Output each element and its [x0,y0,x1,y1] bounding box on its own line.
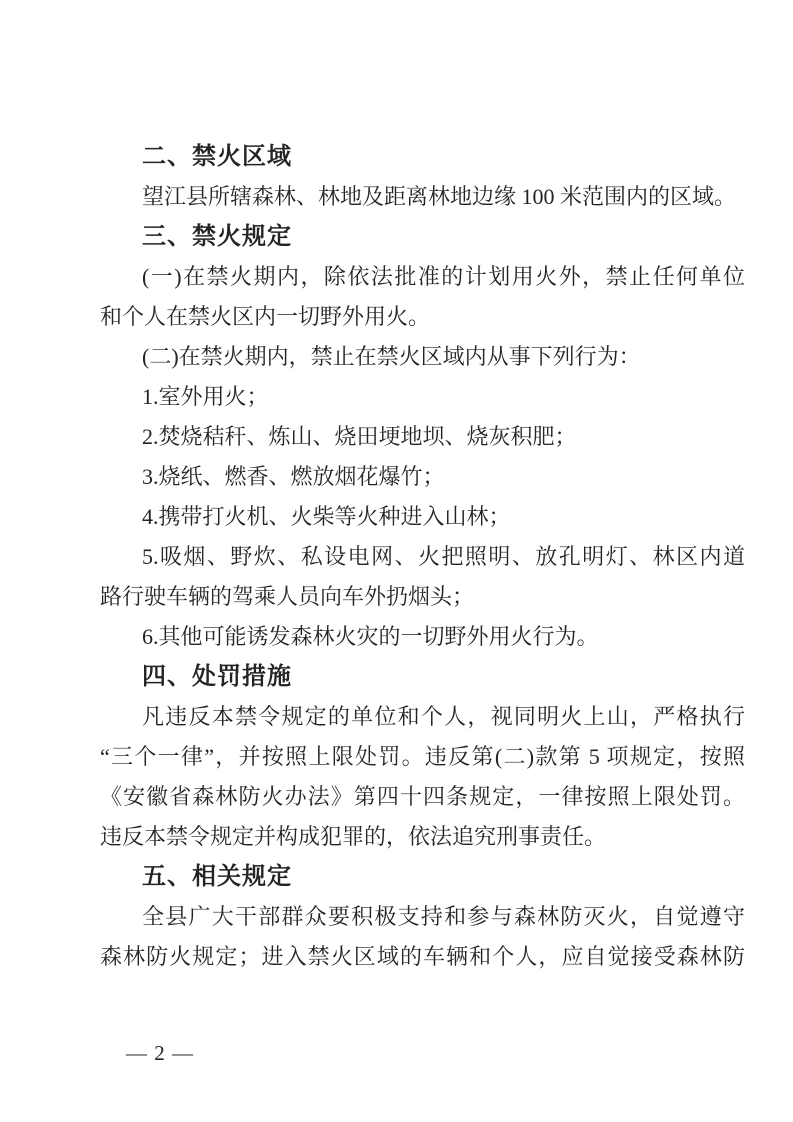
document-content: 二、禁火区域 望江县所辖森林、林地及距离林地边缘 100 米范围内的区域。 三、… [100,137,745,977]
list-item-line: 6.其他可能诱发森林火灾的一切野外用火行为。 [100,617,745,657]
section-heading: 五、相关规定 [100,857,745,897]
paragraph-line: 违反本禁令规定并构成犯罪的，依法追究刑事责任。 [100,817,745,857]
list-item-line: 3.烧纸、燃香、燃放烟花爆竹； [100,457,745,497]
paragraph-line: 全县广大干部群众要积极支持和参与森林防灭火，自觉遵守 [100,897,745,937]
paragraph-line: 和个人在禁火区内一切野外用火。 [100,297,745,337]
section-heading: 二、禁火区域 [100,137,745,177]
section-heading: 三、禁火规定 [100,217,745,257]
section-heading: 四、处罚措施 [100,657,745,697]
paragraph-line: (一)在禁火期内，除依法批准的计划用火外，禁止任何单位 [100,257,745,297]
page-number: — 2 — [126,1040,194,1066]
section-heading-text: 二、禁火区域 [100,137,745,177]
list-item-line: 5.吸烟、野炊、私设电网、火把照明、放孔明灯、林区内道 [100,537,745,577]
list-item: 5.吸烟、野炊、私设电网、火把照明、放孔明灯、林区内道 路行驶车辆的驾乘人员向车… [100,537,745,617]
paragraph: 凡违反本禁令规定的单位和个人，视同明火上山，严格执行 “三个一律”，并按照上限处… [100,697,745,857]
section-heading-text: 四、处罚措施 [100,657,745,697]
paragraph-line: 望江县所辖森林、林地及距离林地边缘 100 米范围内的区域。 [100,177,745,217]
paragraph-line: 凡违反本禁令规定的单位和个人，视同明火上山，严格执行 [100,697,745,737]
list-item: 6.其他可能诱发森林火灾的一切野外用火行为。 [100,617,745,657]
list-item: 2.焚烧秸秆、炼山、烧田埂地坝、烧灰积肥； [100,417,745,457]
list-item-line: 1.室外用火； [100,377,745,417]
section-heading-text: 三、禁火规定 [100,217,745,257]
paragraph-line: 《安徽省森林防火办法》第四十四条规定，一律按照上限处罚。 [100,777,745,817]
paragraph-line: “三个一律”，并按照上限处罚。违反第(二)款第 5 项规定，按照 [100,737,745,777]
list-item-line: 路行驶车辆的驾乘人员向车外扔烟头； [100,577,745,617]
paragraph-line: (二)在禁火期内，禁止在禁火区域内从事下列行为： [100,337,745,377]
document-page: 二、禁火区域 望江县所辖森林、林地及距离林地边缘 100 米范围内的区域。 三、… [0,0,793,1122]
list-item-line: 2.焚烧秸秆、炼山、烧田埂地坝、烧灰积肥； [100,417,745,457]
section-heading-text: 五、相关规定 [100,857,745,897]
paragraph: 全县广大干部群众要积极支持和参与森林防灭火，自觉遵守 森林防火规定；进入禁火区域… [100,897,745,977]
list-item: 3.烧纸、燃香、燃放烟花爆竹； [100,457,745,497]
paragraph: (二)在禁火期内，禁止在禁火区域内从事下列行为： [100,337,745,377]
list-item: 1.室外用火； [100,377,745,417]
list-item: 4.携带打火机、火柴等火种进入山林； [100,497,745,537]
paragraph-line: 森林防火规定；进入禁火区域的车辆和个人，应自觉接受森林防 [100,937,745,977]
paragraph: (一)在禁火期内，除依法批准的计划用火外，禁止任何单位 和个人在禁火区内一切野外… [100,257,745,337]
list-item-line: 4.携带打火机、火柴等火种进入山林； [100,497,745,537]
paragraph: 望江县所辖森林、林地及距离林地边缘 100 米范围内的区域。 [100,177,745,217]
